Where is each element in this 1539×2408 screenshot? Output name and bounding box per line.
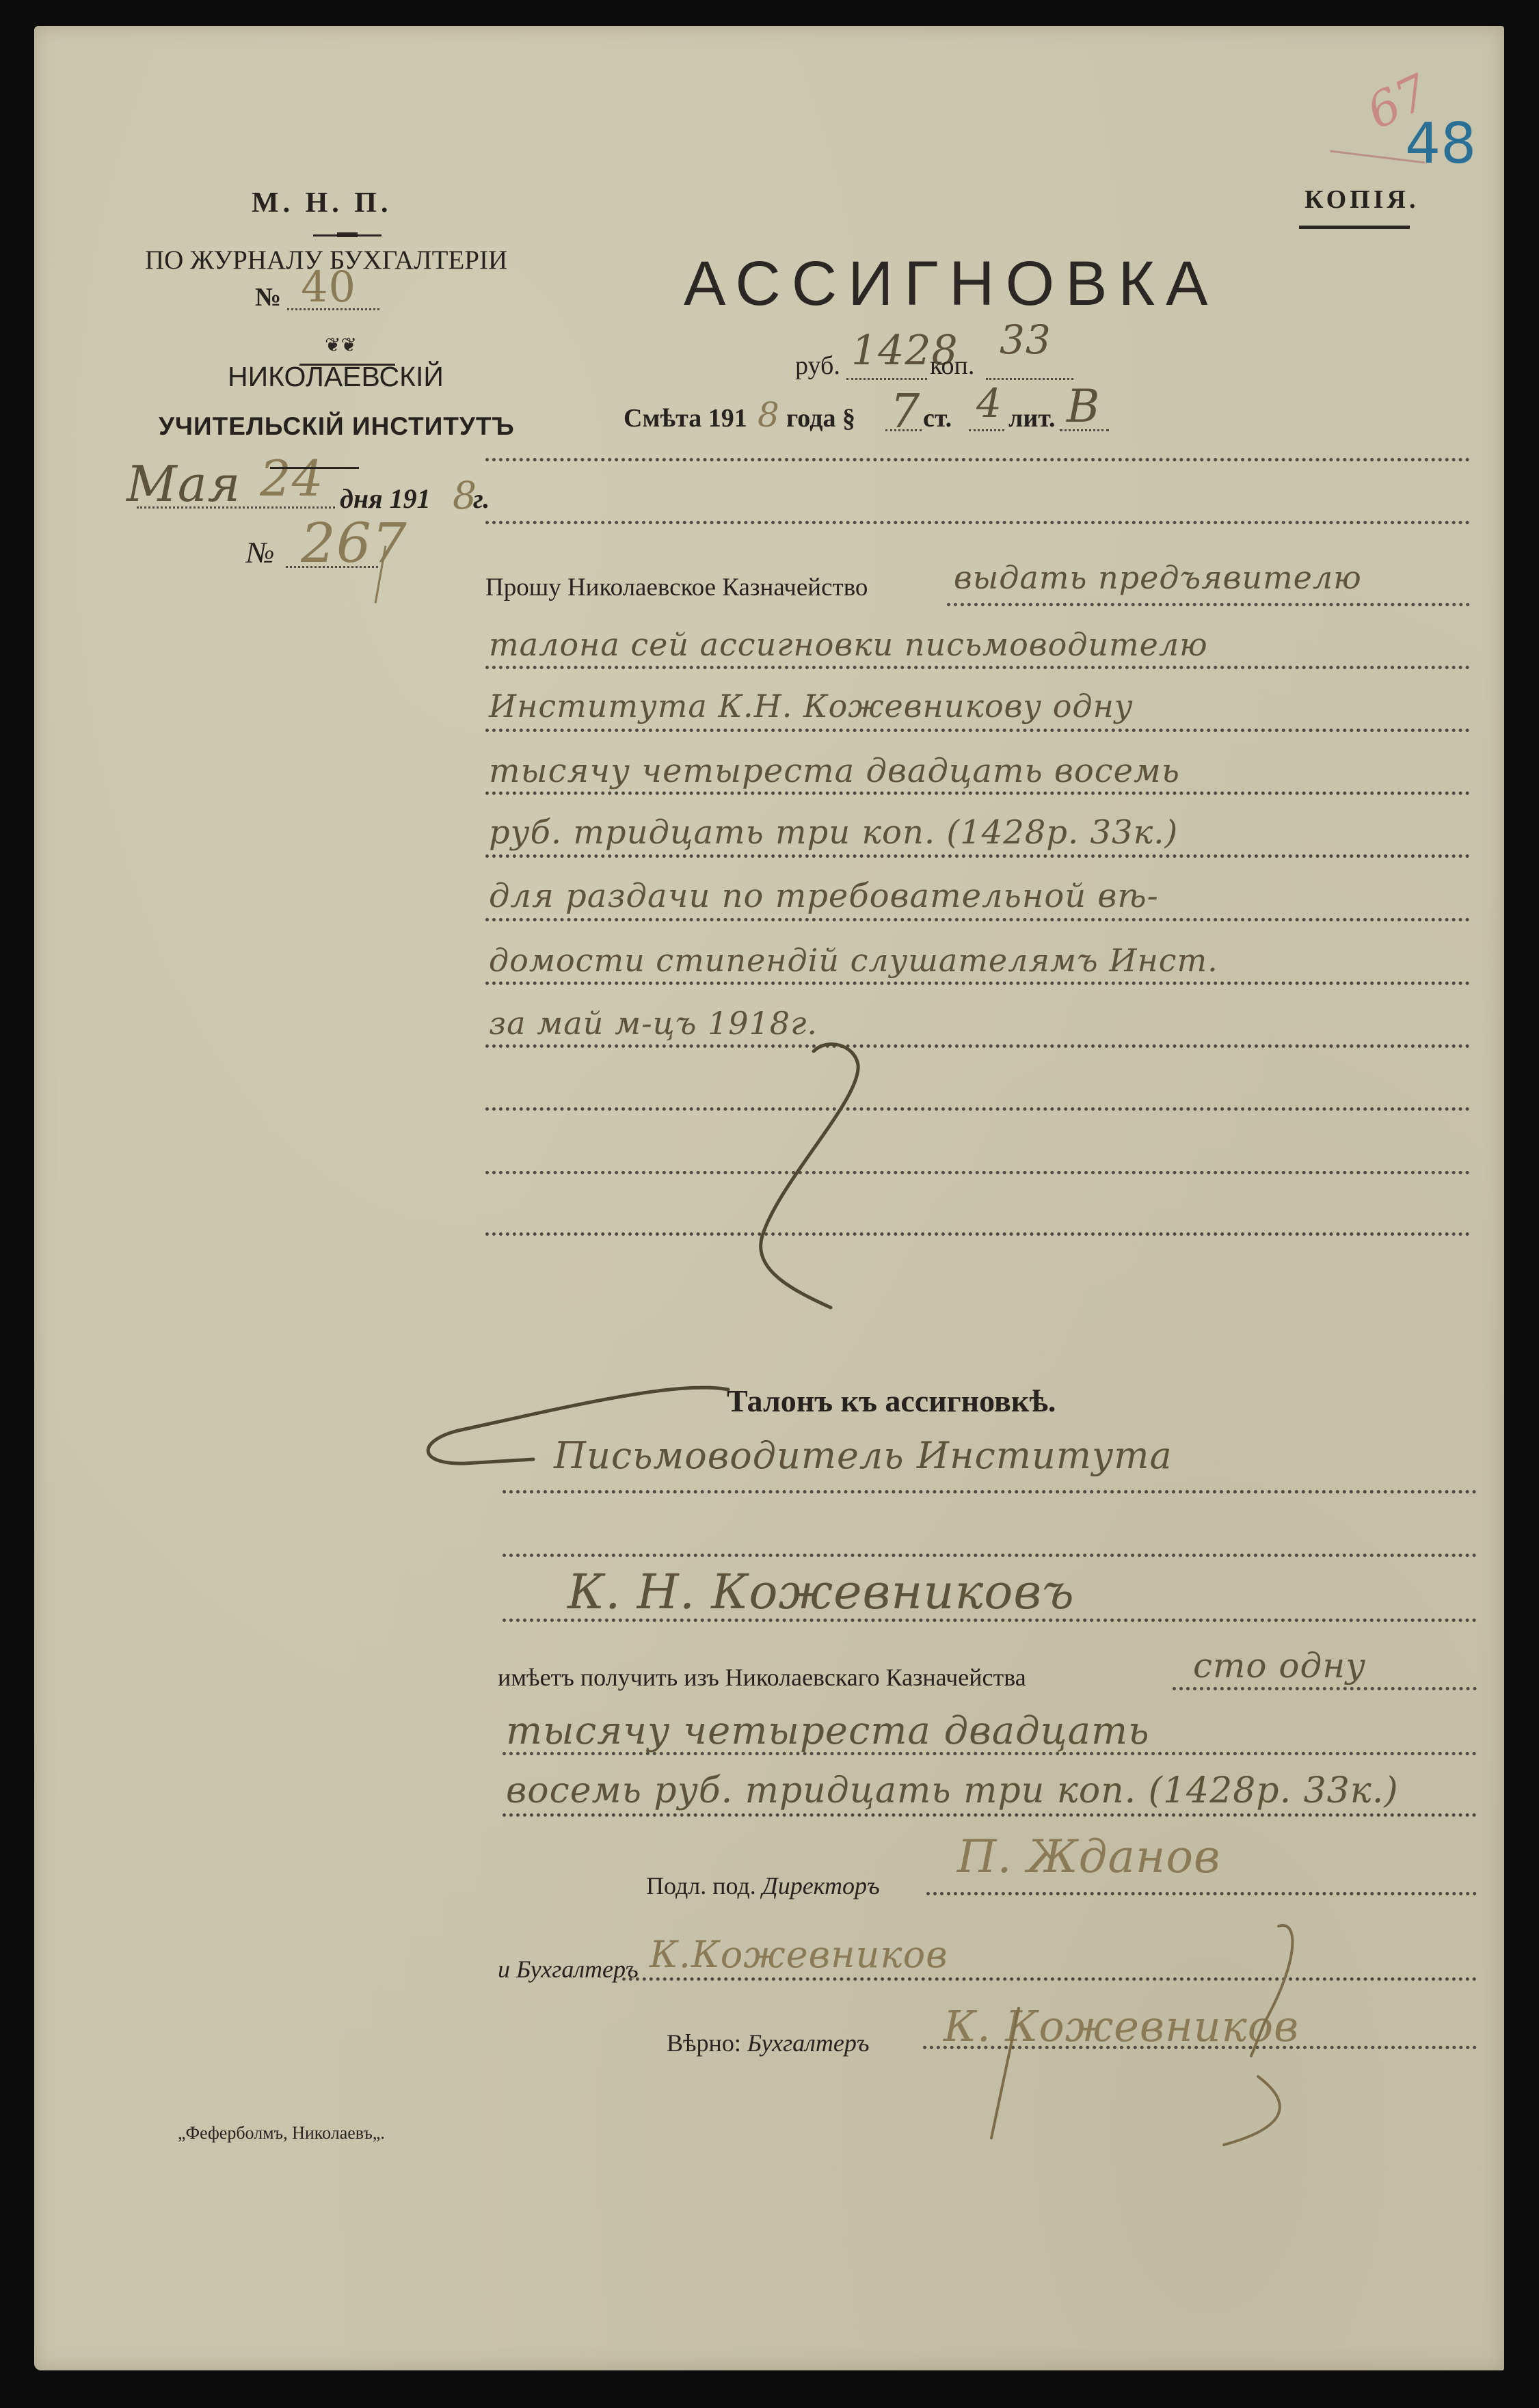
request-line-8: за май м-цъ 1918г. [489, 1005, 818, 1042]
date-day: 24 [260, 450, 324, 507]
date-printed-year: дня 191 [340, 483, 431, 515]
request-ruled-line-5 [485, 854, 1470, 858]
smeta-label: Смѣта 191 [624, 403, 747, 433]
talon-amount-line-1: сто одну [1193, 1646, 1366, 1686]
talon-amount-line-2: тысячу четыреста двадцать [506, 1709, 1150, 1753]
accountant-signature: К.Кожевников [650, 1933, 948, 1976]
request-ruled-line-4 [485, 792, 1470, 795]
talon-amount-line-3: восемь руб. тридцать три коп. (1428р. 33… [506, 1770, 1399, 1811]
request-printed-prefix: Прошу Николаевское Казначейство [485, 573, 868, 602]
request-line-5: руб. тридцать три коп. (1428р. 33к.) [489, 813, 1178, 852]
ruled-line-blank-1 [485, 458, 1470, 461]
st-line [969, 429, 1004, 431]
talon-name: К. Н. Кожевниковъ [567, 1564, 1075, 1620]
talon-ruled-line-1 [503, 1490, 1477, 1493]
request-line-6: для раздачи по требовательной вѣ- [489, 877, 1159, 915]
verified-signature-flourish [978, 1919, 1361, 2152]
date-month: Мая [126, 455, 241, 513]
request-ruled-line-7 [485, 982, 1470, 985]
request-line-1: выдать предъявителю [954, 559, 1362, 596]
talon-ruled-line-3 [503, 1619, 1477, 1622]
rub-label: руб. [795, 351, 840, 381]
director-label: Подл. под. Директоръ [646, 1871, 880, 1900]
archive-mark-blue: 48 [1405, 111, 1476, 176]
verified-label-italic: Бухгалтеръ [747, 2029, 870, 2057]
smeta-year-digit: 8 [758, 395, 780, 435]
doc-number-sign: № [246, 535, 275, 570]
talon-ruled-line-2 [503, 1554, 1477, 1557]
document-title: АССИГНОВКА [684, 248, 1218, 320]
request-ruled-line-9 [485, 1107, 1470, 1111]
date-g: г. [473, 483, 490, 515]
request-ruled-line-11 [485, 1232, 1470, 1236]
printer-imprint: „Феферболмъ, Николаевъ„. [178, 2123, 385, 2143]
request-line-7: домости стипендій слушателямъ Инст. [489, 942, 1218, 979]
request-line-3: Института К.Н. Кожевникову одну [489, 688, 1134, 725]
lit-value: В [1067, 380, 1101, 433]
director-label-italic: Директоръ [762, 1872, 880, 1899]
talon-position: Письмоводитель Института [554, 1434, 1173, 1477]
request-ruled-line-1 [947, 603, 1470, 606]
st-value: 4 [976, 380, 1002, 427]
talon-ruled-line-5 [503, 1752, 1477, 1755]
document-page: 67 48 КОПІЯ. М. Н. П. ПО ЖУРНАЛУ БУХГАЛТ… [34, 26, 1504, 2370]
rub-line [846, 378, 927, 380]
ministry-abbrev: М. Н. П. [252, 187, 392, 219]
request-line-4: тысячу четыреста двадцать восемь [489, 752, 1180, 790]
director-signature: П. Жданов [957, 1830, 1220, 1883]
paragraph-value: 7 [890, 385, 920, 439]
request-ruled-line-6 [485, 918, 1470, 921]
accountant-label: и Бухгалтеръ [498, 1955, 639, 1984]
date-line [137, 506, 335, 509]
copy-mark-underline [1299, 226, 1410, 229]
goda-label: года § [786, 403, 855, 433]
lit-label: лит. [1008, 403, 1056, 433]
closing-flourish-stroke [691, 1038, 896, 1311]
copy-mark: КОПІЯ. [1304, 185, 1419, 215]
verified-label-print: Вѣрно: [667, 2029, 741, 2057]
kop-value: 33 [1000, 316, 1052, 363]
institution-name-line2: УЧИТЕЛЬСКІЙ ИНСТИТУТЪ [159, 412, 515, 441]
request-ruled-line-2 [485, 666, 1470, 669]
director-signature-line [926, 1892, 1477, 1895]
st-label: ст. [923, 403, 952, 433]
director-label-print: Подл. под. [646, 1872, 756, 1899]
ministry-divider-center [337, 232, 358, 237]
doc-number: 267 [301, 511, 407, 575]
journal-number-sign: № [255, 282, 281, 312]
journal-number: 40 [301, 262, 356, 312]
verified-label: Вѣрно: Бухгалтеръ [667, 2029, 870, 2057]
talon-receive-label: имѣетъ получить изъ Николаевскаго Казнач… [498, 1663, 1026, 1692]
ruled-line-blank-2 [485, 521, 1470, 524]
talon-ruled-line-4 [1173, 1687, 1477, 1690]
kop-label: коп. [930, 351, 974, 381]
institution-name-line1: НИКОЛАЕВСКІЙ [228, 361, 444, 393]
flourish-ornament-icon: ❦❦ [325, 334, 357, 357]
talon-heading: Талонъ къ ассигновкѣ. [727, 1383, 1056, 1419]
request-line-2: талона сей ассигновки письмоводителю [489, 626, 1208, 663]
talon-ruled-line-6 [503, 1813, 1477, 1817]
date-divider [270, 467, 359, 469]
request-ruled-line-8 [485, 1044, 1470, 1048]
request-ruled-line-10 [485, 1171, 1470, 1174]
request-ruled-line-3 [485, 729, 1470, 732]
